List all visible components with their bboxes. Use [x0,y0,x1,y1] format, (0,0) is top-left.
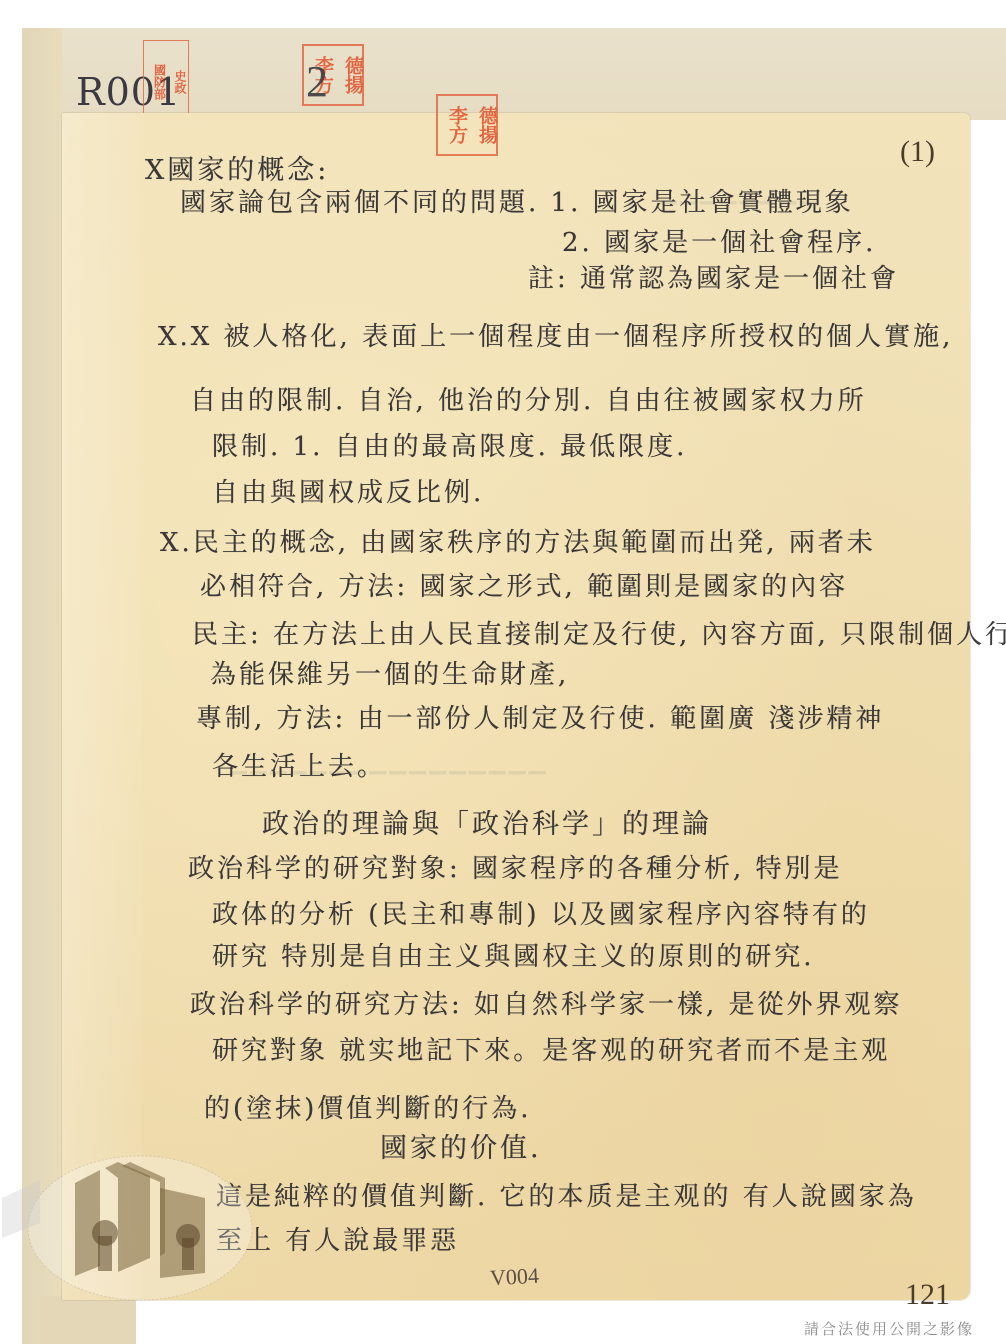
backing-sheet-left-edge [22,28,62,1344]
manuscript-line: 民主: 在方法上由人民直接制定及行使, 內容方面, 只限制個人行 [192,614,1006,651]
manuscript-line: 研究 特別是自由主义與國权主义的原則的研究. [212,936,815,973]
manuscript-line: X.X 被人格化, 表面上一個程度由一個程序所授权的個人實施, [158,316,953,353]
archive-seal-stamp: 國防部 史政 [143,40,189,124]
manuscript-line: 自由的限制. 自治, 他治的分別. 自由往被國家权力所 [190,380,867,417]
manuscript-line: X.民主的概念, 由國家秩序的方法與範圍而出発, 兩者未 [160,522,876,559]
manuscript-line: 各生活上去。 [212,746,386,783]
manuscript-line: 2. 國家是一個社會程序. [562,222,876,259]
serial-mark: V004 [489,1263,539,1292]
archive-watermark-icon [0,1148,260,1308]
pencil-mark: 2 [306,56,328,107]
manuscript-line: 專制, 方法: 由一部份人制定及行使. 範圍廣 淺涉精神 [196,698,884,735]
name-seal-1-left-col: 德揚 [334,56,362,94]
manuscript-line: 研究對象 就实地記下來。是客观的研究者而不是主观 [212,1030,890,1067]
section-heading: 政治的理論與「政治科学」的理論 [262,802,712,841]
corner-page-mark: (1) [900,135,935,169]
manuscript-line: 註: 通常認為國家是一個社會 [528,258,899,295]
paper-fold-highlight [62,113,142,1300]
name-seal-stamp-2: 李方 德揚 [436,94,498,156]
manuscript-line: 必相符合, 方法: 國家之形式, 範圍則是國家的內容 [200,566,848,603]
archive-seal-col-2: 史政 [167,64,187,100]
manuscript-line: 限制. 1. 自由的最高限度. 最低限度. [212,426,687,463]
manuscript-line: 這是純粹的價值判斷. 它的本质是主观的 有人說國家為 [216,1176,917,1213]
manuscript-line: 政治科学的研究方法: 如自然科学家一樣, 是從外界观察 [190,984,903,1021]
manuscript-line: 的(塗抹)價值判斷的行為. [204,1088,532,1125]
manuscript-line: 政治科学的研究對象: 國家程序的各種分析, 特別是 [188,848,843,885]
page-number: 121 [905,1278,950,1312]
manuscript-line: 自由與國权成反比例. [212,472,484,509]
manuscript-line: 國家論包含兩個不同的問題. 1. 國家是社會實體現象 [180,182,854,219]
archive-seal-col-1: 國防部 [146,64,166,100]
manuscript-line: 政体的分析 (民主和專制) 以及國家程序內容特有的 [212,894,870,931]
usage-caption: 請合法使用公開之影像 [804,1318,974,1339]
name-seal-2-left-col: 德揚 [468,106,496,144]
manuscript-line: 為能保維另一個的生命財產, [210,654,569,691]
name-seal-2-right-col: 李方 [438,106,466,144]
section-heading: 國家的价值. [380,1126,542,1165]
